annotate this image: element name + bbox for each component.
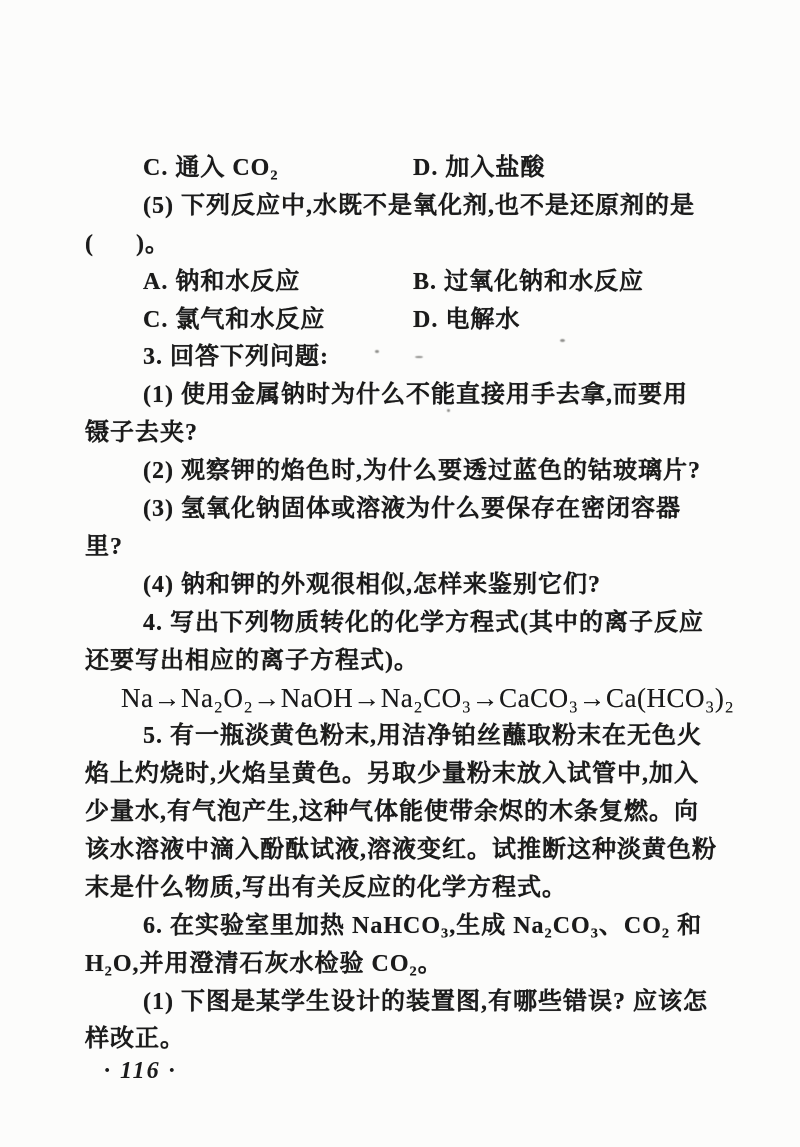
scan-speck	[447, 409, 450, 412]
question-5-heading: 5. 有一瓶淡黄色粉末,用洁净铂丝蘸取粉末在无色火	[0, 718, 800, 756]
answer-blank-line: ( )。	[0, 226, 800, 264]
option-item-c: C. 通入 CO₂	[143, 150, 413, 188]
question-line: (2) 观察钾的焰色时,为什么要透过蓝色的钴玻璃片?	[0, 453, 800, 491]
continuation-line: 少量水,有气泡产生,这种气体能使带余烬的木条复燃。向	[0, 794, 800, 832]
continuation-line: 里?	[0, 529, 800, 567]
scan-speck	[415, 356, 423, 358]
question-line: (5) 下列反应中,水既不是氧化剂,也不是还原剂的是	[0, 188, 800, 226]
scan-speck	[560, 339, 565, 342]
continuation-line: H₂O,并用澄清石灰水检验 CO₂。	[0, 946, 800, 984]
continuation-line: 还要写出相应的离子方程式)。	[0, 643, 800, 681]
continuation-line: 该水溶液中滴入酚酞试液,溶液变红。试推断这种淡黄色粉	[0, 832, 800, 870]
option-item-c: C. 氯气和水反应	[143, 302, 413, 340]
option-item-b: B. 过氧化钠和水反应	[413, 264, 644, 302]
continuation-line: 样改正。	[0, 1021, 800, 1059]
continuation-line: 末是什么物质,写出有关反应的化学方程式。	[0, 870, 800, 908]
option-item-d: D. 加入盐酸	[413, 150, 545, 188]
continuation-line: 焰上灼烧时,火焰呈黄色。另取少量粉末放入试管中,加入	[0, 756, 800, 794]
question-line: (1) 使用金属钠时为什么不能直接用手去拿,而要用	[0, 377, 800, 415]
option-row: A. 钠和水反应 B. 过氧化钠和水反应	[0, 264, 800, 302]
question-3-heading: 3. 回答下列问题:	[0, 339, 800, 377]
option-item-d: D. 电解水	[413, 302, 520, 340]
question-line: (1) 下图是某学生设计的装置图,有哪些错误? 应该怎	[0, 984, 800, 1022]
question-line: (4) 钠和钾的外观很相似,怎样来鉴别它们?	[0, 567, 800, 605]
option-row: C. 氯气和水反应 D. 电解水	[0, 302, 800, 340]
question-line: (3) 氢氧化钠固体或溶液为什么要保存在密闭容器	[0, 491, 800, 529]
continuation-line: 镊子去夹?	[0, 415, 800, 453]
page-text-block: C. 通入 CO₂ D. 加入盐酸 (5) 下列反应中,水既不是氧化剂,也不是还…	[0, 150, 800, 1059]
scanned-textbook-page: C. 通入 CO₂ D. 加入盐酸 (5) 下列反应中,水既不是氧化剂,也不是还…	[0, 0, 800, 1147]
scan-speck	[375, 350, 379, 353]
option-item-a: A. 钠和水反应	[143, 264, 413, 302]
question-6-heading: 6. 在实验室里加热 NaHCO₃,生成 Na₂CO₃、CO₂ 和	[0, 908, 800, 946]
chemical-conversion-chain: Na→Na₂O₂→NaOH→Na₂CO₃→CaCO₃→Ca(HCO₃)₂	[0, 680, 800, 718]
question-4-heading: 4. 写出下列物质转化的化学方程式(其中的离子反应	[0, 605, 800, 643]
option-row: C. 通入 CO₂ D. 加入盐酸	[0, 150, 800, 188]
page-number: · 116 ·	[104, 1058, 177, 1085]
